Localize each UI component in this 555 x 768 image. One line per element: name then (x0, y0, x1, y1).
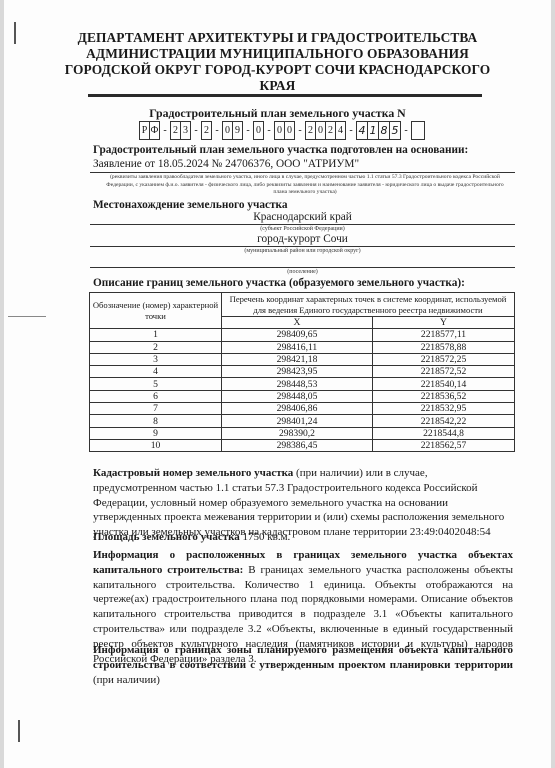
number-group: 23 (170, 121, 191, 140)
coord-x: 298423,95 (222, 366, 373, 378)
table-row: 5298448,532218540,14 (90, 378, 515, 390)
number-cell: 0 (275, 122, 285, 139)
number-cell: 0 (285, 122, 294, 139)
col-coords-header: Перечень координат характерных точек в с… (222, 293, 515, 317)
point-number: 9 (90, 427, 222, 439)
number-cell: 2 (306, 122, 316, 139)
number-separator: - (401, 125, 411, 136)
coord-x: 298401,24 (222, 415, 373, 427)
table-row: 1298409,652218577,11 (90, 329, 515, 341)
number-cell: 0 (223, 122, 233, 139)
coordinates-table: Обозначение (номер) характерной точки Пе… (89, 292, 515, 452)
point-number: 10 (90, 439, 222, 451)
basis-underline (90, 172, 515, 173)
coord-y: 2218536,52 (373, 390, 515, 402)
cadastral-section: Кадастровый номер земельного участка (пр… (93, 466, 513, 540)
point-number: 1 (90, 329, 222, 341)
number-group (411, 121, 425, 140)
basis-note: (реквизиты заявления правообладателя зем… (100, 174, 510, 197)
number-cell: 2 (171, 122, 181, 139)
number-separator: - (346, 125, 356, 136)
table-row: 9298390,22218544,8 (90, 427, 515, 439)
number-cell: 9 (233, 122, 242, 139)
number-group: 2 (201, 121, 212, 140)
point-number: 7 (90, 403, 222, 415)
number-cell: 0 (316, 122, 326, 139)
boundaries-label: Описание границ земельного участка (обра… (93, 277, 465, 289)
header-line-1: ДЕПАРТАМЕНТ АРХИТЕКТУРЫ И ГРАДОСТРОИТЕЛЬ… (0, 30, 555, 46)
location-district-value: город-курорт Сочи (90, 233, 515, 245)
coord-x: 298416,11 (222, 341, 373, 353)
planning-zone-section: Информация о границах зоны планируемого … (93, 643, 513, 687)
coord-y: 2218578,88 (373, 341, 515, 353)
area-value: 1750 кв.м. (240, 531, 291, 543)
planning-zone-text: (при наличии) (93, 674, 160, 686)
location-subject-caption: (субъект Российской Федерации) (90, 225, 515, 233)
table-row: 7298406,862218532,95 (90, 403, 515, 415)
number-group: 09 (222, 121, 243, 140)
location-label: Местонахождение земельного участка (93, 199, 288, 211)
coord-y: 2218572,25 (373, 353, 515, 365)
location-district-caption: (муниципальный район или городской округ… (90, 247, 515, 255)
coord-x: 298421,18 (222, 353, 373, 365)
number-cell (412, 122, 424, 139)
point-number: 5 (90, 378, 222, 390)
number-cell: 5 (390, 122, 400, 139)
number-separator: - (212, 125, 222, 136)
coord-x: 298409,65 (222, 329, 373, 341)
header-divider (88, 94, 482, 97)
coord-y: 2218544,8 (373, 427, 515, 439)
table-row: 6298448,052218536,52 (90, 390, 515, 402)
number-cell: 4 (357, 122, 368, 139)
number-group: 00 (274, 121, 295, 140)
coord-y: 2218572,52 (373, 366, 515, 378)
coord-y: 2218532,95 (373, 403, 515, 415)
point-number: 2 (90, 341, 222, 353)
number-separator: - (295, 125, 305, 136)
table-row: 8298401,242218542,22 (90, 415, 515, 427)
coord-x: 298448,53 (222, 378, 373, 390)
planning-zone-label: Информация о границах зоны планируемого … (93, 644, 513, 671)
table-row: 10298386,452218562,57 (90, 439, 515, 451)
number-cell: 4 (336, 122, 345, 139)
point-number: 6 (90, 390, 222, 402)
table-row: 2298416,112218578,88 (90, 341, 515, 353)
point-number: 3 (90, 353, 222, 365)
number-separator: - (160, 125, 170, 136)
header-line-3: ГОРОДСКОЙ ОКРУГ ГОРОД-КУРОРТ СОЧИ КРАСНО… (0, 62, 555, 78)
coord-y: 2218542,22 (373, 415, 515, 427)
location-settlement-caption: (поселение) (90, 268, 515, 276)
number-cell: 8 (379, 122, 390, 139)
point-number: 4 (90, 366, 222, 378)
number-cell: 3 (181, 122, 190, 139)
cadastral-label: Кадастровый номер земельного участка (93, 467, 293, 479)
coord-y: 2218540,14 (373, 378, 515, 390)
header-line-4: КРАЯ (0, 78, 555, 94)
number-group: 2024 (305, 121, 346, 140)
point-number: 8 (90, 415, 222, 427)
coord-x: 298390,2 (222, 427, 373, 439)
table-row: 3298421,182218572,25 (90, 353, 515, 365)
margin-mark (8, 316, 46, 317)
number-cell: Ф (150, 122, 159, 139)
area-label: Площадь земельного участка (93, 531, 240, 543)
margin-mark (18, 720, 20, 742)
area-section: Площадь земельного участка 1750 кв.м. (93, 530, 513, 545)
table-row: 4298423,952218572,52 (90, 366, 515, 378)
coord-y: 2218577,11 (373, 329, 515, 341)
plan-title: Градостроительный план земельного участк… (0, 106, 555, 121)
coord-x: 298406,86 (222, 403, 373, 415)
basis-value: Заявление от 18.05.2024 № 24706376, ООО … (93, 158, 359, 170)
coord-y: 2218562,57 (373, 439, 515, 451)
number-cell: 2 (202, 122, 211, 139)
number-group: 4185 (356, 121, 401, 140)
number-cell: 0 (254, 122, 263, 139)
col-y-header: Y (373, 317, 515, 329)
basis-label: Градостроительный план земельного участк… (93, 144, 468, 156)
number-separator: - (191, 125, 201, 136)
header-line-2: АДМИНИСТРАЦИИ МУНИЦИПАЛЬНОГО ОБРАЗОВАНИЯ (0, 46, 555, 62)
col-point-header: Обозначение (номер) характерной точки (90, 293, 222, 329)
number-separator: - (243, 125, 253, 136)
number-cell: Р (140, 122, 150, 139)
number-cell: 1 (368, 122, 379, 139)
plan-number-boxes: РФ-23-2-09-0-00-2024-4185- (139, 121, 425, 140)
coord-x: 298386,45 (222, 439, 373, 451)
coord-x: 298448,05 (222, 390, 373, 402)
number-group: 0 (253, 121, 264, 140)
number-cell: 2 (326, 122, 336, 139)
number-separator: - (264, 125, 274, 136)
number-group: РФ (139, 121, 160, 140)
col-x-header: X (222, 317, 373, 329)
location-subject-value: Краснодарский край (90, 211, 515, 223)
